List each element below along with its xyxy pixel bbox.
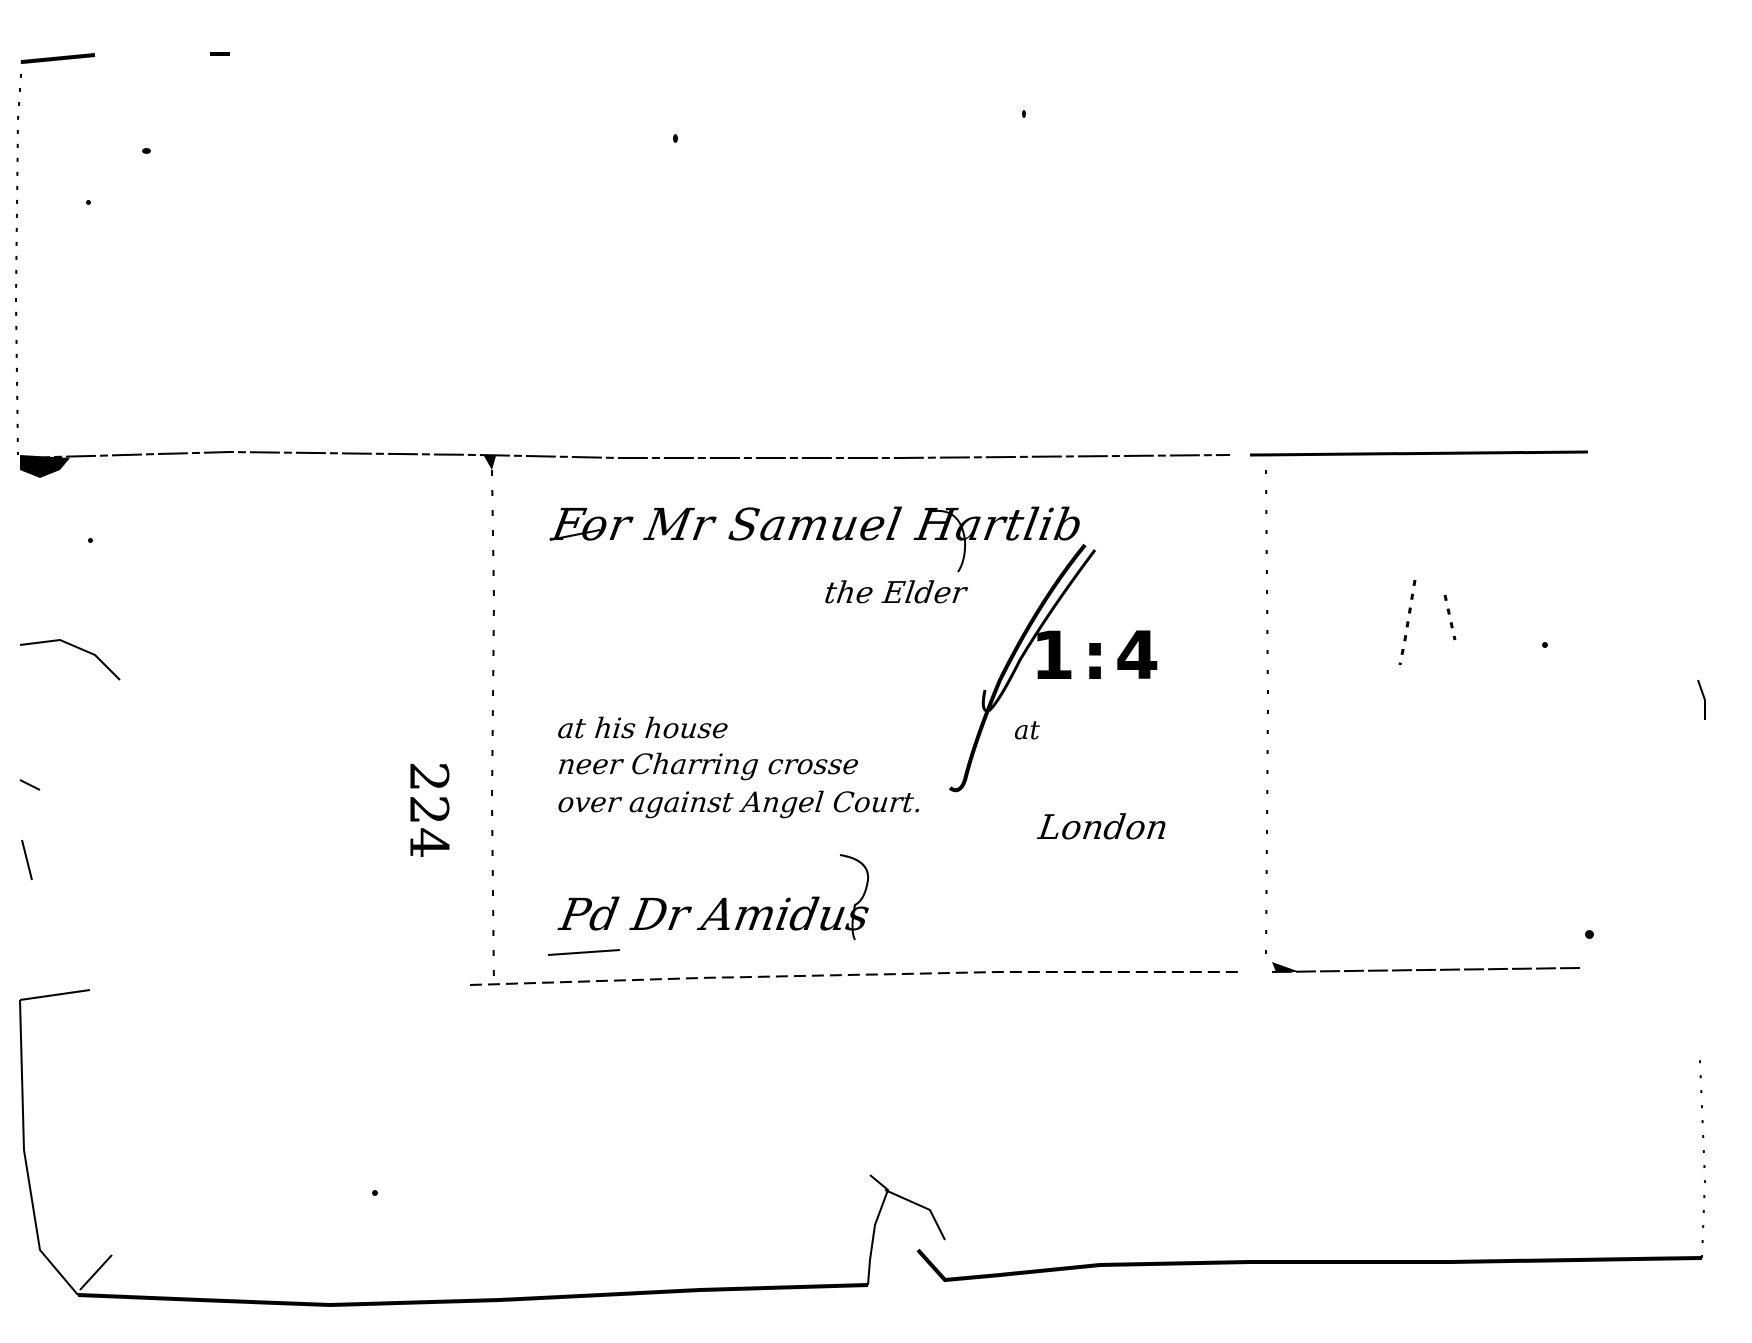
ink-speck: [673, 134, 678, 143]
street-line-1: at his house: [556, 712, 730, 745]
ink-speck: [86, 200, 91, 205]
folio-number: 224: [398, 760, 458, 859]
paid-annotation: Pd Dr Amidus: [556, 890, 874, 941]
street-line-2: neer Charring crosse: [556, 748, 861, 781]
street-line-3: over against Angel Court.: [556, 786, 924, 819]
ink-speck: [1022, 110, 1026, 118]
paper-folds-and-edges: [0, 0, 1752, 1343]
at-word: at: [1014, 716, 1040, 746]
ink-speck: [372, 1190, 378, 1196]
ink-speck: [1542, 642, 1548, 648]
city-name: London: [1036, 808, 1171, 848]
postage-mark: 1:4: [1030, 618, 1166, 695]
scanned-letter-page: For Mr Samuel Hartlib the Elder 1:4 at a…: [0, 0, 1752, 1343]
ink-speck: [88, 538, 93, 543]
addressee-line: For Mr Samuel Hartlib: [548, 500, 1088, 551]
ink-speck: [142, 148, 151, 154]
ink-speck: [1585, 930, 1594, 939]
addressee-title: the Elder: [822, 576, 968, 611]
